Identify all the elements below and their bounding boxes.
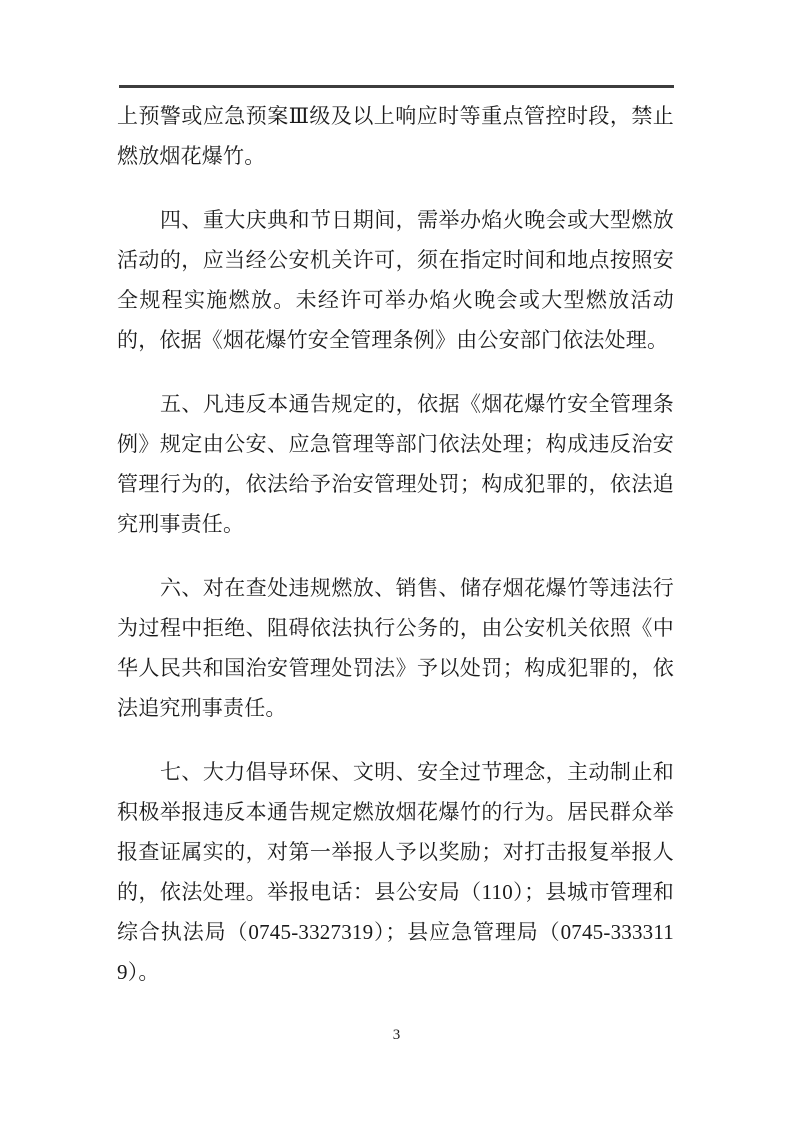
paragraph-3: 五、凡违反本通告规定的，依据《烟花爆竹安全管理条例》规定由公安、应急管理等部门依…	[117, 384, 674, 544]
document-body: 上预警或应急预案Ⅲ级及以上响应时等重点管控时段，禁止燃放烟花爆竹。四、重大庆典和…	[117, 96, 674, 1016]
page-number: 3	[0, 1026, 793, 1044]
document-page: 上预警或应急预案Ⅲ级及以上响应时等重点管控时段，禁止燃放烟花爆竹。四、重大庆典和…	[0, 0, 793, 1122]
paragraph-2: 四、重大庆典和节日期间，需举办焰火晚会或大型燃放活动的，应当经公安机关许可，须在…	[117, 200, 674, 360]
paragraph-1: 上预警或应急预案Ⅲ级及以上响应时等重点管控时段，禁止燃放烟花爆竹。	[117, 96, 674, 176]
header-rule	[119, 85, 674, 88]
paragraph-4: 六、对在查处违规燃放、销售、储存烟花爆竹等违法行为过程中拒绝、阻碍依法执行公务的…	[117, 568, 674, 728]
paragraph-5: 七、大力倡导环保、文明、安全过节理念，主动制止和积极举报违反本通告规定燃放烟花爆…	[117, 752, 674, 992]
